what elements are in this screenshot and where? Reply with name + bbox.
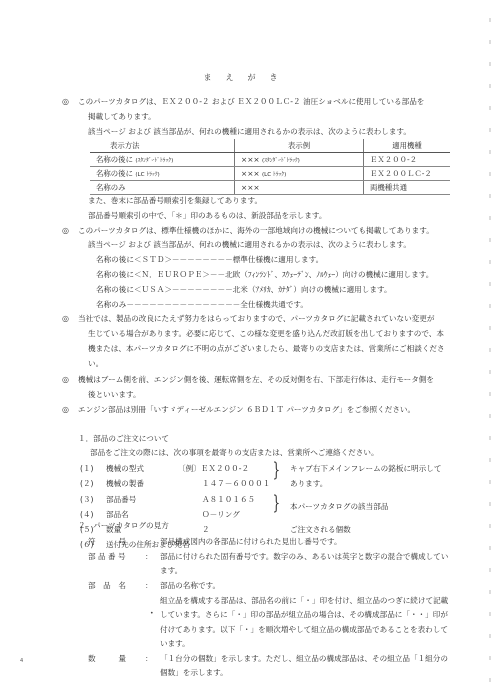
term-description: 組立品を構成する部品は、部品名の前に「・」印を付け、組立品のつぎに続けて記載 xyxy=(160,596,448,606)
term-description: 「１台分の個数」を示します。ただし、組立品の構成部品は、その組立品「１組分の xyxy=(160,654,448,664)
table-row: 名称の後に (ｽﾀﾝﾀﾞｰﾄﾞﾄﾗｯｸ) ××× (ｽﾀﾝﾀﾞｰﾄﾞﾄﾗｯｸ) … xyxy=(90,153,450,167)
method-cell: 名称の後に (ｽﾀﾝﾀﾞｰﾄﾞﾄﾗｯｸ) xyxy=(90,153,235,167)
order-item-value: Ａ８１０１６５ xyxy=(202,495,255,505)
order-item-value: １４７－６０００１ xyxy=(202,479,270,489)
order-item-value: 〔例〕ＥＸ２００-２ xyxy=(178,464,249,474)
order-item-label: 部品名 xyxy=(106,510,129,520)
order-item-value: ２ xyxy=(202,525,210,535)
model-cell: ＥＸ２００ＬＣ-２ xyxy=(364,167,451,181)
term-label: 数 量 xyxy=(88,654,126,664)
double-circle-bullet-icon: ◎ xyxy=(62,226,69,235)
example-cell: ××× xyxy=(235,181,364,195)
spec-line-std: 名称の後に＜ＳＴＤ＞－－－－－－－－標準仕様機に適用します。 xyxy=(96,255,323,265)
note-line: 当社では、製品の改良にたえず努力をはらっておりますので、パーツカタログに記載され… xyxy=(78,314,434,324)
double-circle-bullet-icon: ◎ xyxy=(62,375,69,384)
double-circle-bullet-icon: ◎ xyxy=(62,97,69,106)
scan-edge xyxy=(489,0,491,700)
term-description: しています。さらに「・」印の部品が組立品の場合は、その構成部品に「・・」印が xyxy=(160,610,448,620)
table-row: 名称のみ ××× 両機種共通 xyxy=(90,181,450,195)
section-heading: １．部品のご注文について xyxy=(78,434,169,444)
order-item-value: Ｏ－リング xyxy=(202,510,240,520)
term-description: 部品の名称です。 xyxy=(160,581,220,591)
order-item-no: (３) xyxy=(80,495,94,505)
note-line: 機械はブーム側を前、エンジン側を後、運転席側を左、その反対側を右、下部走行体は、… xyxy=(78,375,434,385)
order-item-no: (１) xyxy=(80,464,94,474)
term-description: 部品構成図内の各部品に付けられた見出し番号です。 xyxy=(160,537,342,547)
double-circle-bullet-icon: ◎ xyxy=(62,314,69,323)
note-line: い。 xyxy=(88,359,103,369)
note-line: 機または、本パーツカタログに不明の点がございましたら、最寄りの支店または、営業所… xyxy=(88,344,445,354)
order-note: 本パーツカタログの該当部品 xyxy=(290,502,388,512)
term-description: 付けてあります。以下「・」を順次増やして組立品の構成部品であることを表わして xyxy=(160,625,448,635)
term-description: ます。 xyxy=(160,566,182,576)
note-line: 生じている場合があります。必要に応じて、この様な変更を盛り込んだ改訂版を出してお… xyxy=(88,329,444,339)
index-note: 部品番号順索引の中で、「＊」印のあるものは、新設部品を示します。 xyxy=(88,211,326,221)
column-header: 表示方法 xyxy=(90,139,235,153)
brace-icon: } xyxy=(273,490,281,514)
term-label: 部 品 番 号 xyxy=(88,552,126,562)
method-cell: 名称のみ xyxy=(90,181,235,195)
intro-line: 該当ページ および 該当部品が、何れの機種に適用されるかの表示は、次のように表わ… xyxy=(88,127,411,137)
section-heading: ２．パーツカタログの見方 xyxy=(78,521,169,531)
intro-line: 掲載してあります。 xyxy=(88,112,156,122)
index-note: また、巻末に部品番号順索引を集録してあります。 xyxy=(88,196,262,206)
column-header: 表示例 xyxy=(235,139,364,153)
table-row: 名称の後に (LC ﾄﾗｯｸ) ××× (LC ﾄﾗｯｸ) ＥＸ２００ＬＣ-２ xyxy=(90,167,450,181)
dot-mark-icon: • xyxy=(150,610,154,617)
term-separator: ： xyxy=(145,654,153,664)
brace-icon: } xyxy=(273,457,281,481)
term-description: 個数」を示します。 xyxy=(160,668,228,678)
intro-line: このパーツカタログは、ＥＸ２００-２ および ＥＸ２００ＬＣ-２ 油圧ショベルに… xyxy=(78,97,424,107)
example-cell: ××× (LC ﾄﾗｯｸ) xyxy=(235,167,364,181)
section-intro: 部品をご注文の際には、次の事項を最寄りの支店または、営業所へご連絡ください。 xyxy=(90,448,379,458)
term-separator: ： xyxy=(145,537,153,547)
model-cell: 両機種共通 xyxy=(364,181,451,195)
order-item-label: 機械の型式 xyxy=(106,464,144,474)
note-line: エンジン部品は別冊「いすゞディーゼルエンジン ６ＢＤ１Ｔ パーツカタログ」をご参… xyxy=(78,405,415,415)
page-mark: 4 xyxy=(20,658,23,664)
term-description: います。 xyxy=(160,639,190,649)
order-note: あります。 xyxy=(290,479,327,489)
table-header-row: 表示方法 表示例 適用機種 xyxy=(90,139,450,153)
term-description: 部品に付けられた固有番号です。数字のみ、あるいは英字と数字の混合で構成してい xyxy=(160,552,448,562)
note-line: このパーツカタログは、標準仕様機のほかに、海外の一部地域向けの機械についても掲載… xyxy=(78,226,434,236)
order-item-no: (４) xyxy=(80,510,94,520)
order-item-label: 機械の製番 xyxy=(106,479,144,489)
spec-line-usa: 名称の後に＜ＵＳＡ＞－－－－－－－－北米（ｱﾒﾘｶ、ｶﾅﾀﾞ）向けの機械に適用し… xyxy=(96,285,392,295)
example-cell: ××× (ｽﾀﾝﾀﾞｰﾄﾞﾄﾗｯｸ) xyxy=(235,153,364,167)
double-circle-bullet-icon: ◎ xyxy=(62,405,69,414)
term-label: 符 号 xyxy=(88,537,126,547)
column-header: 適用機種 xyxy=(364,139,451,153)
model-cell: ＥＸ２００-２ xyxy=(364,153,451,167)
note-line: 該当ページ および 該当部品が、何れの機械に適用されるかの表示は、次のように表わ… xyxy=(88,240,411,250)
method-cell: 名称の後に (LC ﾄﾗｯｸ) xyxy=(90,167,235,181)
order-item-label: 部品番号 xyxy=(106,495,136,505)
order-item-no: (２) xyxy=(80,479,94,489)
order-note: ご注文される個数 xyxy=(290,525,351,535)
document-page: まえがき ◎ このパーツカタログは、ＥＸ２００-２ および ＥＸ２００ＬＣ-２ … xyxy=(0,0,495,700)
note-line: 後といいます。 xyxy=(88,390,141,400)
page-title: まえがき xyxy=(0,72,495,83)
spec-line-europe: 名称の後に＜Ｎ．ＥＵＲＯＰＥ＞－－北欧（ﾌｨﾝﾗﾝﾄﾞ、ｽｳｪｰﾃﾞﾝ、ﾉﾙｳｪ… xyxy=(96,270,433,280)
order-note: キャブ右下メインフレームの銘板に明示して xyxy=(290,464,441,474)
term-separator: ： xyxy=(145,552,153,562)
spec-line-common: 名称のみ－－－－－－－－－－－－－－－全仕様機共通です。 xyxy=(96,300,308,310)
term-separator: ： xyxy=(145,581,153,591)
display-method-table: 表示方法 表示例 適用機種 名称の後に (ｽﾀﾝﾀﾞｰﾄﾞﾄﾗｯｸ) ××× (… xyxy=(90,139,450,195)
term-label: 部 品 名 xyxy=(88,581,126,591)
